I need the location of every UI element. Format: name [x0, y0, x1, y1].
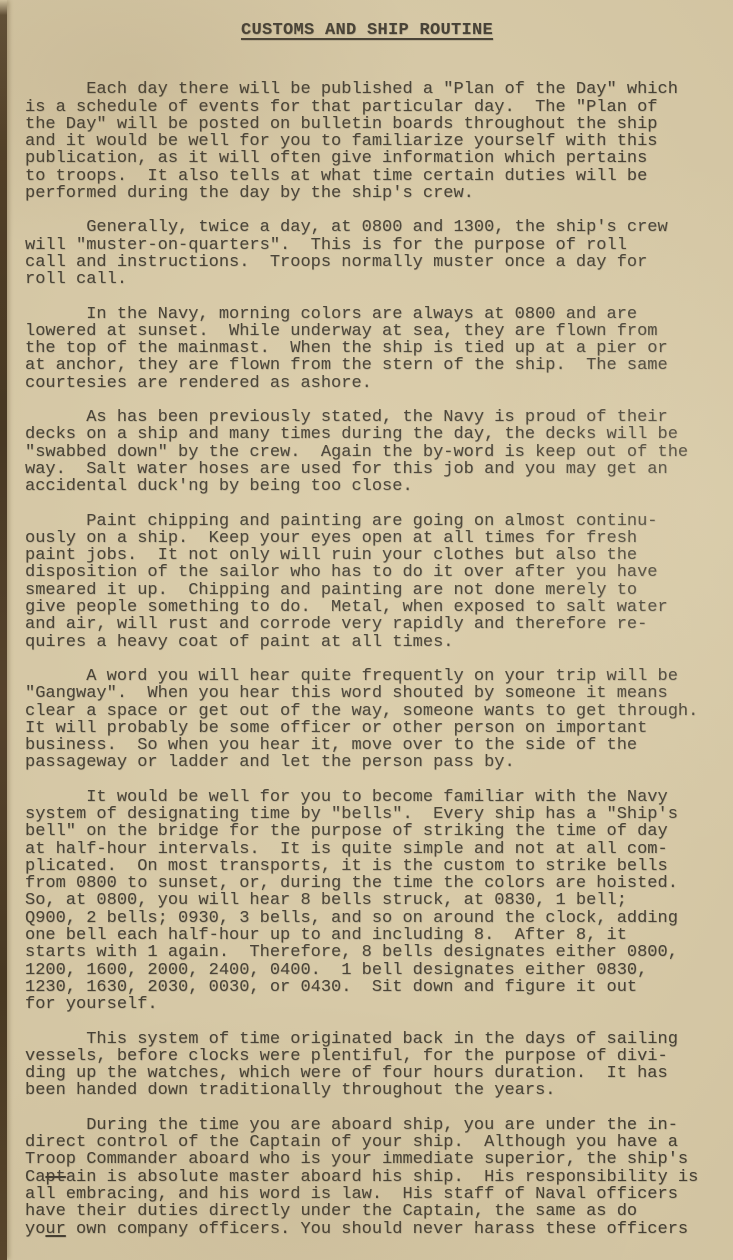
- text-line: to troops. It also tells at what time ce…: [25, 168, 733, 185]
- text-line: performed during the day by the ship's c…: [25, 185, 733, 202]
- text-line: decks on a ship and many times during th…: [25, 426, 733, 443]
- scan-edge-shadow: [0, 0, 7, 1260]
- text-line: Troop Commander aboard who is your immed…: [25, 1151, 733, 1168]
- text-line: quires a heavy coat of paint at all time…: [25, 634, 733, 651]
- text-line: paint jobs. It not only will ruin your c…: [25, 547, 733, 564]
- text-line: Generally, twice a day, at 0800 and 1300…: [25, 219, 733, 236]
- paragraph: This system of time originated back in t…: [25, 1031, 733, 1100]
- text-line: will "muster-on-quarters". This is for t…: [25, 237, 733, 254]
- text-line: In the Navy, morning colors are always a…: [25, 306, 733, 323]
- text-line: the Day" will be posted on bulletin boar…: [25, 116, 733, 133]
- document-page: CUSTOMS AND SHIP ROUTINE Each day there …: [0, 0, 733, 1238]
- text-line: been handed down traditionally throughou…: [25, 1082, 733, 1099]
- text-line: and air, will rust and corrode very rapi…: [25, 616, 733, 633]
- text-line: passageway or ladder and let the person …: [25, 754, 733, 771]
- text-line: bell" on the bridge for the purpose of s…: [25, 823, 733, 840]
- text-line: one bell each half-hour up to and includ…: [25, 927, 733, 944]
- text-line: direct control of the Captain of your sh…: [25, 1134, 733, 1151]
- text-line: at anchor, they are flown from the stern…: [25, 357, 733, 374]
- text-line: courtesies are rendered as ashore.: [25, 375, 733, 392]
- text-line: vessels, before clocks were plentiful, f…: [25, 1048, 733, 1065]
- text-line: way. Salt water hoses are used for this …: [25, 461, 733, 478]
- text-line: Captain is absolute master aboard his sh…: [25, 1169, 733, 1186]
- paragraph: A word you will hear quite frequently on…: [25, 668, 733, 772]
- text-line: the top of the mainmast. When the ship i…: [25, 340, 733, 357]
- text-line: give people something to do. Metal, when…: [25, 599, 733, 616]
- text-line: Paint chipping and painting are going on…: [25, 513, 733, 530]
- text-line: smeared it up. Chipping and painting are…: [25, 582, 733, 599]
- text-line: During the time you are aboard ship, you…: [25, 1117, 733, 1134]
- text-line: It will probably be some officer or othe…: [25, 720, 733, 737]
- text-line: roll call.: [25, 271, 733, 288]
- text-line: system of designating time by "bells". E…: [25, 806, 733, 823]
- paragraph: As has been previously stated, the Navy …: [25, 409, 733, 495]
- text-line: from 0800 to sunset, or, during the time…: [25, 875, 733, 892]
- document-body: Each day there will be published a "Plan…: [25, 81, 733, 1238]
- text-line: ously on a ship. Keep your eyes open at …: [25, 530, 733, 547]
- paragraph: Each day there will be published a "Plan…: [25, 81, 733, 202]
- text-line: plicated. On most transports, it is the …: [25, 858, 733, 875]
- text-line: "swabbed down" by the crew. Again the by…: [25, 444, 733, 461]
- text-line: So, at 0800, you will hear 8 bells struc…: [25, 892, 733, 909]
- paragraph: Generally, twice a day, at 0800 and 1300…: [25, 219, 733, 288]
- page-title: CUSTOMS AND SHIP ROUTINE: [25, 22, 709, 39]
- underline-mark: ur: [45, 1220, 65, 1239]
- text-line: A word you will hear quite frequently on…: [25, 668, 733, 685]
- text-line: all embracing, and his word is law. His …: [25, 1186, 733, 1203]
- text-line: 1230, 1630, 2030, 0030, or 0430. Sit dow…: [25, 979, 733, 996]
- text-line: call and instructions. Troops normally m…: [25, 254, 733, 271]
- text-line: is a schedule of events for that particu…: [25, 99, 733, 116]
- text-line: and it would be well for you to familiar…: [25, 133, 733, 150]
- text-line: clear a space or get out of the way, som…: [25, 703, 733, 720]
- text-line: have their duties directly under the Cap…: [25, 1203, 733, 1220]
- text-line: Each day there will be published a "Plan…: [25, 81, 733, 98]
- text-line: for yourself.: [25, 996, 733, 1013]
- text-line: disposition of the sailor who has to do …: [25, 564, 733, 581]
- text-line: publication, as it will often give infor…: [25, 150, 733, 167]
- paragraph: Paint chipping and painting are going on…: [25, 513, 733, 651]
- strike-mark: pt: [45, 1168, 65, 1187]
- text-line: at half-hour intervals. It is quite simp…: [25, 841, 733, 858]
- text-line: ding up the watches, which were of four …: [25, 1065, 733, 1082]
- paragraph: During the time you are aboard ship, you…: [25, 1117, 733, 1238]
- paragraph: It would be well for you to become famil…: [25, 789, 733, 1014]
- text-line: This system of time originated back in t…: [25, 1031, 733, 1048]
- text-line: 1200, 1600, 2000, 2400, 0400. 1 bell des…: [25, 962, 733, 979]
- text-line: It would be well for you to become famil…: [25, 789, 733, 806]
- text-line: "Gangway". When you hear this word shout…: [25, 685, 733, 702]
- text-line: lowered at sunset. While underway at sea…: [25, 323, 733, 340]
- paragraph: In the Navy, morning colors are always a…: [25, 306, 733, 392]
- text-line: business. So when you hear it, move over…: [25, 737, 733, 754]
- text-line: accidental duck'ng by being too close.: [25, 478, 733, 495]
- text-line: As has been previously stated, the Navy …: [25, 409, 733, 426]
- text-line: starts with 1 again. Therefore, 8 bells …: [25, 944, 733, 961]
- text-line: Q900, 2 bells; 0930, 3 bells, and so on …: [25, 910, 733, 927]
- text-line: your own company officers. You should ne…: [25, 1221, 733, 1238]
